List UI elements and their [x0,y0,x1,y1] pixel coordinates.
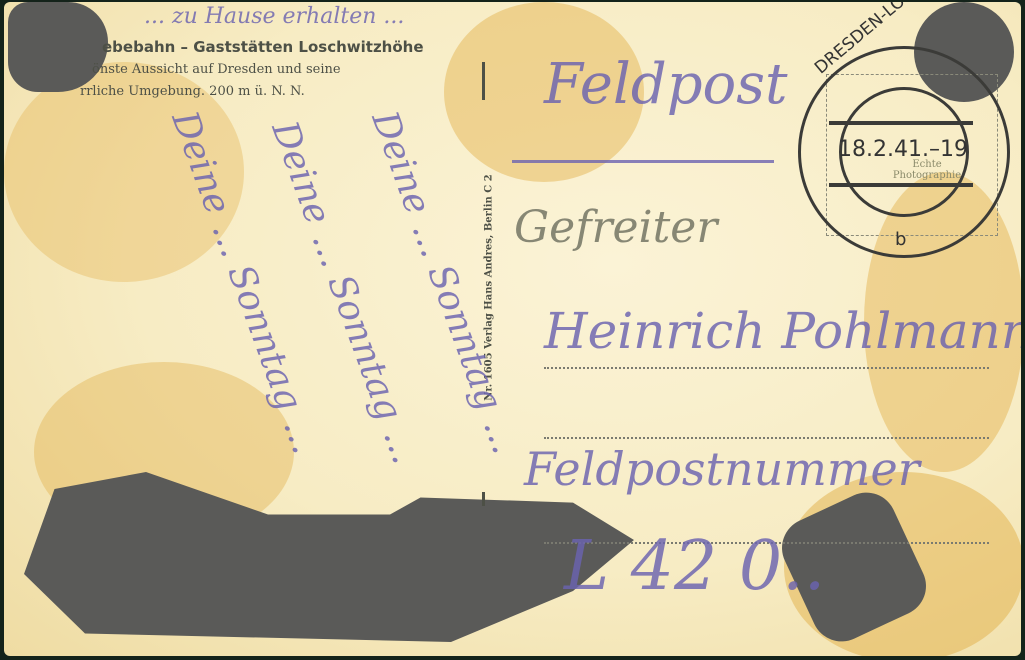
printed-header-line3: rrliche Umgebung. 200 m ü. N. N. [80,84,305,99]
address-line [544,437,989,439]
underline [512,160,774,163]
address-feldpost: Feldpost [544,52,788,117]
postcard-back: ebebahn – Gaststätten Loschwitzhöhe önst… [4,2,1021,656]
glue-residue [24,472,634,642]
address-name: Heinrich Pohlmann [544,302,1021,360]
divider-line [482,492,485,506]
address-rank: Gefreiter [514,202,717,253]
postmark-date: 18.2.41.–19 [831,137,975,162]
postmark: 18.2.41.–19 DRESDEN-LOSCHWITZ b [798,46,1010,258]
postmark-bar [829,183,973,187]
printed-header-line1: ebebahn – Gaststätten Loschwitzhöhe [102,38,424,56]
postmark-bar [829,121,973,125]
handwriting-top: ... zu Hause erhalten ... [144,4,404,29]
address-fieldpost-number: L 42 0.. [564,527,825,606]
printed-header-line2: önste Aussicht auf Dresden und seine [92,62,341,77]
address-line [544,367,989,369]
postmark-letter: b [895,229,906,250]
address-fieldpost-number-label: Feldpostnummer [524,442,920,496]
divider-line [482,62,485,100]
